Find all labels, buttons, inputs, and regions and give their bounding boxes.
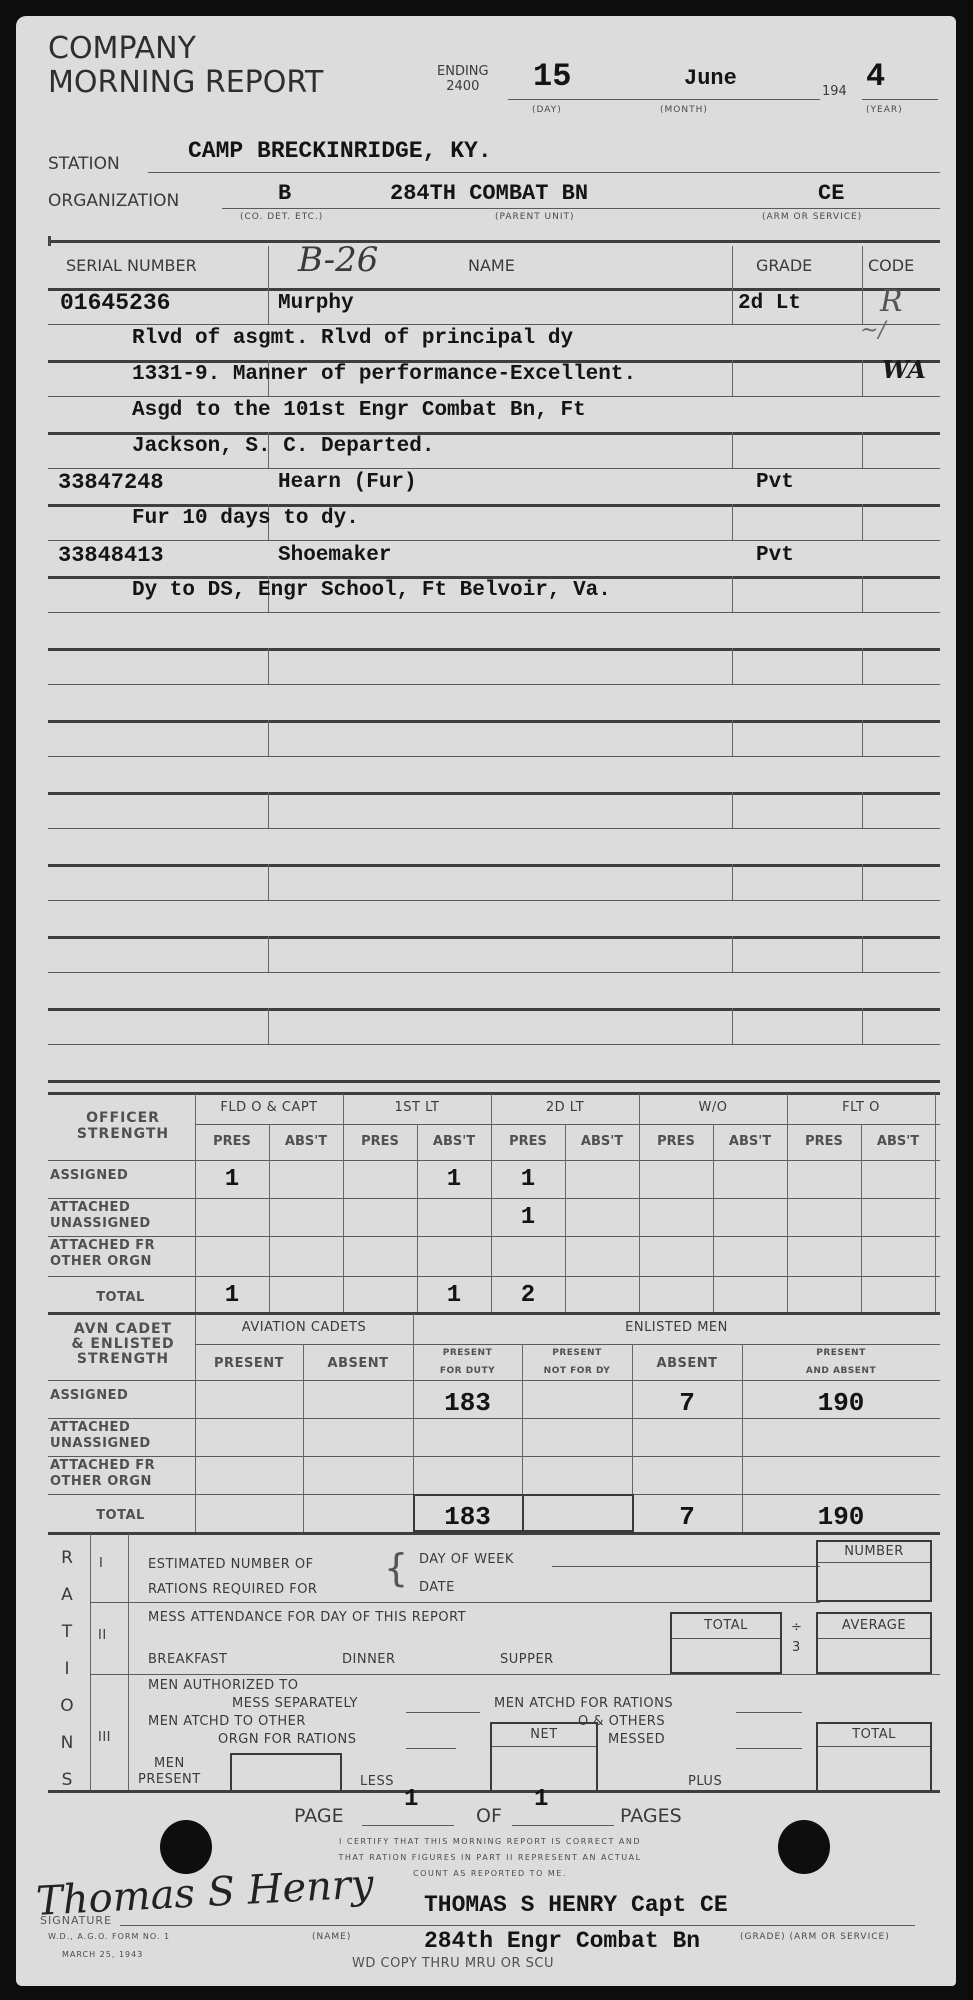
men-present-2: PRESENT <box>138 1772 201 1788</box>
officer-group-header: FLD O & CAPT <box>195 1100 343 1115</box>
remark-row-1: Rlvd of asgmt. Rlvd of principal dy <box>132 327 573 350</box>
column-divider <box>268 936 269 972</box>
officer-sub-header: ABS'T <box>713 1134 787 1149</box>
officer-row-label: ATTACHEDUNASSIGNED <box>50 1200 151 1232</box>
mess-attendance-title: MESS ATTENDANCE FOR DAY OF THIS REPORT <box>148 1610 466 1625</box>
orgn-for-rations-field[interactable] <box>406 1748 456 1749</box>
officer-sub-header: ABS'T <box>565 1134 639 1149</box>
name-caption: (NAME) <box>312 1932 351 1942</box>
enlisted-grid-line <box>48 1380 940 1381</box>
ruled-line <box>48 612 940 613</box>
station-underline <box>148 172 940 173</box>
col-name: NAME <box>468 256 515 275</box>
officer-group-header: W/O <box>639 1100 787 1115</box>
table-top-rule <box>48 240 940 243</box>
signature-line[interactable] <box>120 1925 915 1926</box>
enlisted-grid-divider <box>195 1314 196 1532</box>
enlisted-grid-divider <box>303 1344 304 1532</box>
rations-divider-a <box>90 1534 91 1790</box>
officer-group-header: FLT O <box>787 1100 935 1115</box>
o-others-messed-field[interactable] <box>736 1748 802 1749</box>
remark-row-4: Jackson, S. C. Departed. <box>132 435 434 458</box>
enlisted-grid-line <box>195 1344 940 1345</box>
header-bottom-rule <box>48 288 940 291</box>
parent-unit-caption: (PARENT UNIT) <box>495 212 575 222</box>
officer-strength-title: OFFICER STRENGTH <box>48 1110 198 1142</box>
column-divider <box>862 648 863 684</box>
enlisted-cell: 7 <box>632 1388 742 1418</box>
row-label-line2: OTHER ORGN <box>50 1254 155 1270</box>
rations-letter: R <box>52 1540 82 1577</box>
enlisted-row-label: ATTACHEDUNASSIGNED <box>50 1420 151 1452</box>
grade-row-5: Pvt <box>756 471 794 494</box>
column-divider <box>862 936 863 972</box>
ruled-line <box>48 792 940 795</box>
part-i-numeral: I <box>99 1556 103 1571</box>
row-label-line1: ASSIGNED <box>50 1388 128 1404</box>
brace-icon: { <box>384 1548 408 1588</box>
rations-bottom-rule <box>48 1790 940 1793</box>
column-divider <box>732 1008 733 1044</box>
sub-header-present-for-duty-2: FOR DUTY <box>413 1366 522 1376</box>
officer-row-label: ASSIGNED <box>50 1168 128 1184</box>
company-value: B <box>278 181 291 206</box>
average-box[interactable]: AVERAGE <box>816 1612 932 1674</box>
ruled-line <box>48 828 940 829</box>
enlisted-cell: 190 <box>742 1388 940 1418</box>
header-divider-1 <box>268 246 269 288</box>
year-caption: (YEAR) <box>866 105 903 115</box>
men-present-1: MEN <box>138 1756 201 1772</box>
code-row-2: WA <box>882 355 926 384</box>
enlisted-cell: 190 <box>742 1502 940 1532</box>
officer-sub-header: ABS'T <box>861 1134 935 1149</box>
divide-by: 3 <box>792 1640 801 1655</box>
rations-rule-1 <box>90 1602 820 1603</box>
of-label: OF <box>476 1805 502 1827</box>
report-year-digit: 4 <box>866 58 885 95</box>
column-divider <box>732 360 733 396</box>
year-underline <box>862 99 938 100</box>
form-number: W.D., A.G.O. FORM NO. 1 <box>48 1932 170 1941</box>
officer-sub-header: ABS'T <box>417 1134 491 1149</box>
row-label-line1: ATTACHED <box>50 1200 151 1216</box>
sub-header-em-absent: ABSENT <box>632 1356 742 1371</box>
men-atchd-other-2: ORGN FOR RATIONS <box>218 1732 356 1747</box>
signature-label: SIGNATURE <box>40 1914 112 1927</box>
remark-row-6: Fur 10 days to dy. <box>132 507 359 530</box>
officer-cell: 2 <box>491 1282 565 1309</box>
officer-grid-line <box>48 1236 940 1237</box>
col-serial-number: SERIAL NUMBER <box>66 256 197 275</box>
column-divider <box>862 504 863 540</box>
ruled-line <box>48 1008 940 1011</box>
enlisted-cell: 7 <box>632 1502 742 1532</box>
officer-grid-line <box>48 1160 940 1161</box>
officer-grid-line <box>48 1276 940 1277</box>
column-divider <box>862 864 863 900</box>
men-atchd-for-rations-label: MEN ATCHD FOR RATIONS <box>494 1696 673 1711</box>
men-atchd-for-rations-field[interactable] <box>736 1712 802 1713</box>
col-code: CODE <box>868 256 914 275</box>
name-row-0: Murphy <box>278 292 354 315</box>
day-caption: (DAY) <box>532 105 562 115</box>
column-divider <box>732 864 733 900</box>
name-row-5: Hearn (Fur) <box>278 471 417 494</box>
remark-row-8: Dy to DS, Engr School, Ft Belvoir, Va. <box>132 579 611 602</box>
plus-label: PLUS <box>688 1774 722 1789</box>
officer-grid-divider <box>639 1094 640 1312</box>
day-of-week-label: DAY OF WEEK <box>419 1552 514 1567</box>
officer-cell: 1 <box>195 1282 269 1309</box>
header-divider-3 <box>862 246 863 288</box>
officer-group-header: 2D LT <box>491 1100 639 1115</box>
ruled-line <box>48 936 940 939</box>
officer-grid-divider <box>787 1094 788 1312</box>
rations-rule-2 <box>90 1674 940 1675</box>
station-value: CAMP BRECKINRIDGE, KY. <box>188 138 492 164</box>
enlisted-row-label: TOTAL <box>48 1508 193 1524</box>
page-total-underline <box>512 1825 614 1826</box>
column-divider <box>268 792 269 828</box>
column-divider <box>732 288 733 324</box>
date-label: DATE <box>419 1580 455 1595</box>
parent-unit-value: 284TH COMBAT BN <box>390 181 588 206</box>
pages-label: PAGES <box>620 1805 682 1827</box>
row-label-line1: ATTACHED FR <box>50 1238 155 1254</box>
breakfast-label: BREAKFAST <box>148 1652 227 1667</box>
officer-grid-divider <box>713 1124 714 1312</box>
sub-header-pnfd-1: PRESENT <box>522 1348 632 1358</box>
enlisted-top-rule <box>48 1312 940 1315</box>
row-label-line2: UNASSIGNED <box>50 1436 151 1452</box>
officer-grid-divider <box>269 1124 270 1312</box>
officer-group-header: 1ST LT <box>343 1100 491 1115</box>
form-title-line2: MORNING REPORT <box>48 66 323 100</box>
officer-grid-divider <box>491 1094 492 1312</box>
column-divider <box>268 1008 269 1044</box>
column-divider <box>862 792 863 828</box>
officer-grid-divider <box>565 1124 566 1312</box>
men-present-box[interactable] <box>230 1753 342 1793</box>
ruled-line <box>48 540 940 541</box>
serial-row-0: 01645236 <box>60 290 170 316</box>
rations-total-box[interactable]: TOTAL <box>816 1722 932 1792</box>
men-present-label: MEN PRESENT <box>138 1756 201 1788</box>
row-label-line1: TOTAL <box>48 1508 193 1524</box>
ruled-line <box>48 900 940 901</box>
aviation-cadets-header: AVIATION CADETS <box>195 1320 413 1335</box>
ruled-line <box>48 1044 940 1045</box>
officer-cell: 1 <box>417 1282 491 1309</box>
arm-service-value: CE <box>818 181 844 206</box>
ruled-line <box>48 1080 940 1083</box>
ruled-line <box>48 972 940 973</box>
officer-cell: 1 <box>417 1166 491 1193</box>
ruled-line <box>48 324 940 325</box>
men-atchd-other-1: MEN ATCHD TO OTHER <box>148 1714 306 1729</box>
enlisted-grid-line <box>48 1456 940 1457</box>
net-label: NET <box>492 1724 596 1747</box>
report-day: 15 <box>533 58 571 95</box>
part-i-line2: RATIONS REQUIRED FOR <box>148 1577 317 1602</box>
officer-sub-header: PRES <box>491 1134 565 1149</box>
sub-header-present: PRESENT <box>195 1356 303 1371</box>
sub-header-present-for-duty-1: PRESENT <box>413 1348 522 1358</box>
column-divider <box>862 576 863 612</box>
certify-line-1: I CERTIFY THAT THIS MORNING REPORT IS CO… <box>270 1834 710 1850</box>
divide-icon: ÷ <box>791 1620 802 1635</box>
month-caption: (MONTH) <box>660 105 708 115</box>
sub-header-pnfd-2: NOT FOR DY <box>522 1366 632 1376</box>
remark-row-3: Asgd to the 101st Engr Combat Bn, Ft <box>132 399 586 422</box>
officer-sub-header: PRES <box>787 1134 861 1149</box>
year-prefix: 194 <box>822 84 847 99</box>
less-label: LESS <box>360 1774 394 1789</box>
column-divider <box>862 432 863 468</box>
officer-grid-divider <box>343 1094 344 1312</box>
rations-letter: I <box>52 1651 82 1688</box>
punch-hole-left <box>160 1820 212 1874</box>
rations-letter: S <box>52 1762 82 1799</box>
column-divider <box>268 720 269 756</box>
net-box[interactable]: NET <box>490 1722 598 1792</box>
sub-header-paa-2: AND ABSENT <box>742 1366 940 1376</box>
punch-hole-right <box>778 1820 830 1874</box>
column-divider <box>862 360 863 396</box>
part-i-line1: ESTIMATED NUMBER OF <box>148 1552 317 1577</box>
column-divider <box>268 864 269 900</box>
row-label-line1: ATTACHED <box>50 1420 151 1436</box>
ruled-line <box>48 684 940 685</box>
ending-time: 2400 <box>437 79 489 94</box>
enlisted-title-1: AVN CADET <box>48 1322 198 1337</box>
officer-cell: 1 <box>195 1166 269 1193</box>
men-authorized-2: MESS SEPARATELY <box>232 1696 358 1711</box>
column-divider <box>268 648 269 684</box>
officer-title-2: STRENGTH <box>48 1126 198 1142</box>
average-label: AVERAGE <box>818 1614 930 1639</box>
row-label-line1: ATTACHED FR <box>50 1458 155 1474</box>
ruled-line <box>48 864 940 867</box>
serial-row-5: 33847248 <box>58 470 164 495</box>
officer-grid-line <box>48 1198 940 1199</box>
rations-letter: O <box>52 1688 82 1725</box>
supper-label: SUPPER <box>500 1652 554 1667</box>
officer-sub-header: PRES <box>195 1134 269 1149</box>
officer-row-label: TOTAL <box>48 1290 193 1306</box>
page-number-underline <box>362 1825 454 1826</box>
page-number: 1 <box>404 1786 418 1813</box>
enlisted-cell: 183 <box>413 1388 522 1418</box>
row-label-line1: ASSIGNED <box>50 1168 128 1184</box>
officer-sub-header: ABS'T <box>269 1134 343 1149</box>
rations-divider-b <box>128 1534 129 1790</box>
page-label: PAGE <box>294 1805 344 1827</box>
ruled-line <box>48 468 940 469</box>
number-box-label: NUMBER <box>818 1542 930 1563</box>
arm-caption: (ARM OR SERVICE) <box>762 212 862 222</box>
enlisted-strength-title: AVN CADET & ENLISTED STRENGTH <box>48 1322 198 1367</box>
signer-name: THOMAS S HENRY Capt CE <box>424 1892 728 1918</box>
officer-grid-divider <box>195 1094 196 1312</box>
part-ii-numeral: II <box>98 1628 107 1643</box>
row-label-line2: OTHER ORGN <box>50 1474 155 1490</box>
company-caption: (CO. DET. ETC.) <box>240 212 323 222</box>
mess-total-box[interactable]: TOTAL <box>670 1612 782 1674</box>
enlisted-title-3: STRENGTH <box>48 1352 198 1367</box>
rations-top-rule <box>48 1532 940 1535</box>
ruled-line <box>48 756 940 757</box>
officer-grid-divider <box>935 1094 936 1312</box>
column-divider <box>732 504 733 540</box>
mess-separately-field[interactable] <box>406 1712 480 1713</box>
officer-sub-header: PRES <box>639 1134 713 1149</box>
enlisted-cell: 183 <box>413 1502 522 1532</box>
column-divider <box>732 648 733 684</box>
form-title: COMPANY MORNING REPORT <box>48 32 323 100</box>
column-divider <box>732 432 733 468</box>
rations-letter: T <box>52 1614 82 1651</box>
day-of-week-field[interactable] <box>552 1566 820 1567</box>
organization-underline <box>222 208 940 209</box>
ending-text: ENDING <box>437 64 489 79</box>
o-others-2: MESSED <box>608 1732 665 1747</box>
enlisted-row-label: ASSIGNED <box>50 1388 128 1404</box>
column-divider <box>862 720 863 756</box>
column-divider <box>732 720 733 756</box>
row-label-line1: TOTAL <box>48 1290 193 1306</box>
officer-cell: 1 <box>491 1166 565 1193</box>
total-duty-box-divider <box>522 1494 524 1530</box>
ruled-line <box>48 396 940 397</box>
officer-title-1: OFFICER <box>48 1110 198 1126</box>
rations-letter: N <box>52 1725 82 1762</box>
column-divider <box>268 288 269 324</box>
enlisted-row-label: ATTACHED FROTHER ORGN <box>50 1458 155 1490</box>
officer-cell: 1 <box>491 1204 565 1231</box>
column-divider <box>732 936 733 972</box>
name-row-7: Shoemaker <box>278 544 391 567</box>
col-grade: GRADE <box>756 256 812 275</box>
enlisted-grid-line <box>48 1418 940 1419</box>
column-divider <box>732 576 733 612</box>
ending-label: ENDING 2400 <box>437 64 489 94</box>
row-label-line2: UNASSIGNED <box>50 1216 151 1232</box>
enlisted-men-header: ENLISTED MEN <box>413 1320 940 1335</box>
rations-side-label: RATIONS <box>52 1540 82 1799</box>
number-box[interactable]: NUMBER <box>816 1540 932 1602</box>
wd-copy-note: WD COPY THRU MRU OR SCU <box>352 1956 554 1971</box>
ruled-line <box>48 720 940 723</box>
handwritten-annotation: B-26 <box>298 240 378 280</box>
station-label: STATION <box>48 154 120 174</box>
page-total: 1 <box>534 1786 548 1813</box>
sub-header-absent: ABSENT <box>303 1356 413 1371</box>
column-divider <box>732 792 733 828</box>
header-divider-2 <box>732 246 733 288</box>
column-divider <box>862 1008 863 1044</box>
part-iii-numeral: III <box>98 1730 111 1745</box>
officer-grid-line <box>195 1124 940 1125</box>
ruled-line <box>48 648 940 651</box>
report-month: June <box>684 66 737 91</box>
rations-letter: A <box>52 1577 82 1614</box>
officer-grid-divider <box>861 1124 862 1312</box>
remark-row-2: 1331-9. Manner of performance-Excellent. <box>132 363 636 386</box>
dinner-label: DINNER <box>342 1652 396 1667</box>
check-mark-icon: ~/ <box>860 318 886 343</box>
enlisted-title-2: & ENLISTED <box>48 1337 198 1352</box>
arm-service-caption: (GRADE) (ARM OR SERVICE) <box>740 1932 890 1942</box>
date-underline <box>508 99 820 100</box>
organization-label: ORGANIZATION <box>48 191 179 211</box>
signer-unit: 284th Engr Combat Bn <box>424 1928 700 1954</box>
form-title-line1: COMPANY <box>48 32 323 66</box>
officer-row-label: ATTACHED FROTHER ORGN <box>50 1238 155 1270</box>
officer-top-rule <box>48 1092 940 1095</box>
serial-row-7: 33848413 <box>58 543 164 568</box>
table-corner-mark <box>48 236 51 246</box>
sub-header-paa-1: PRESENT <box>742 1348 940 1358</box>
form-date: MARCH 25, 1943 <box>62 1950 143 1959</box>
mess-total-label: TOTAL <box>672 1614 780 1639</box>
part-i-label: ESTIMATED NUMBER OF RATIONS REQUIRED FOR <box>148 1552 317 1602</box>
grade-row-7: Pvt <box>756 544 794 567</box>
code-row-0: R <box>880 284 903 319</box>
rations-total-label: TOTAL <box>818 1724 930 1747</box>
men-authorized-1: MEN AUTHORIZED TO <box>148 1678 298 1693</box>
officer-sub-header: PRES <box>343 1134 417 1149</box>
grade-row-0: 2d Lt <box>738 292 801 315</box>
